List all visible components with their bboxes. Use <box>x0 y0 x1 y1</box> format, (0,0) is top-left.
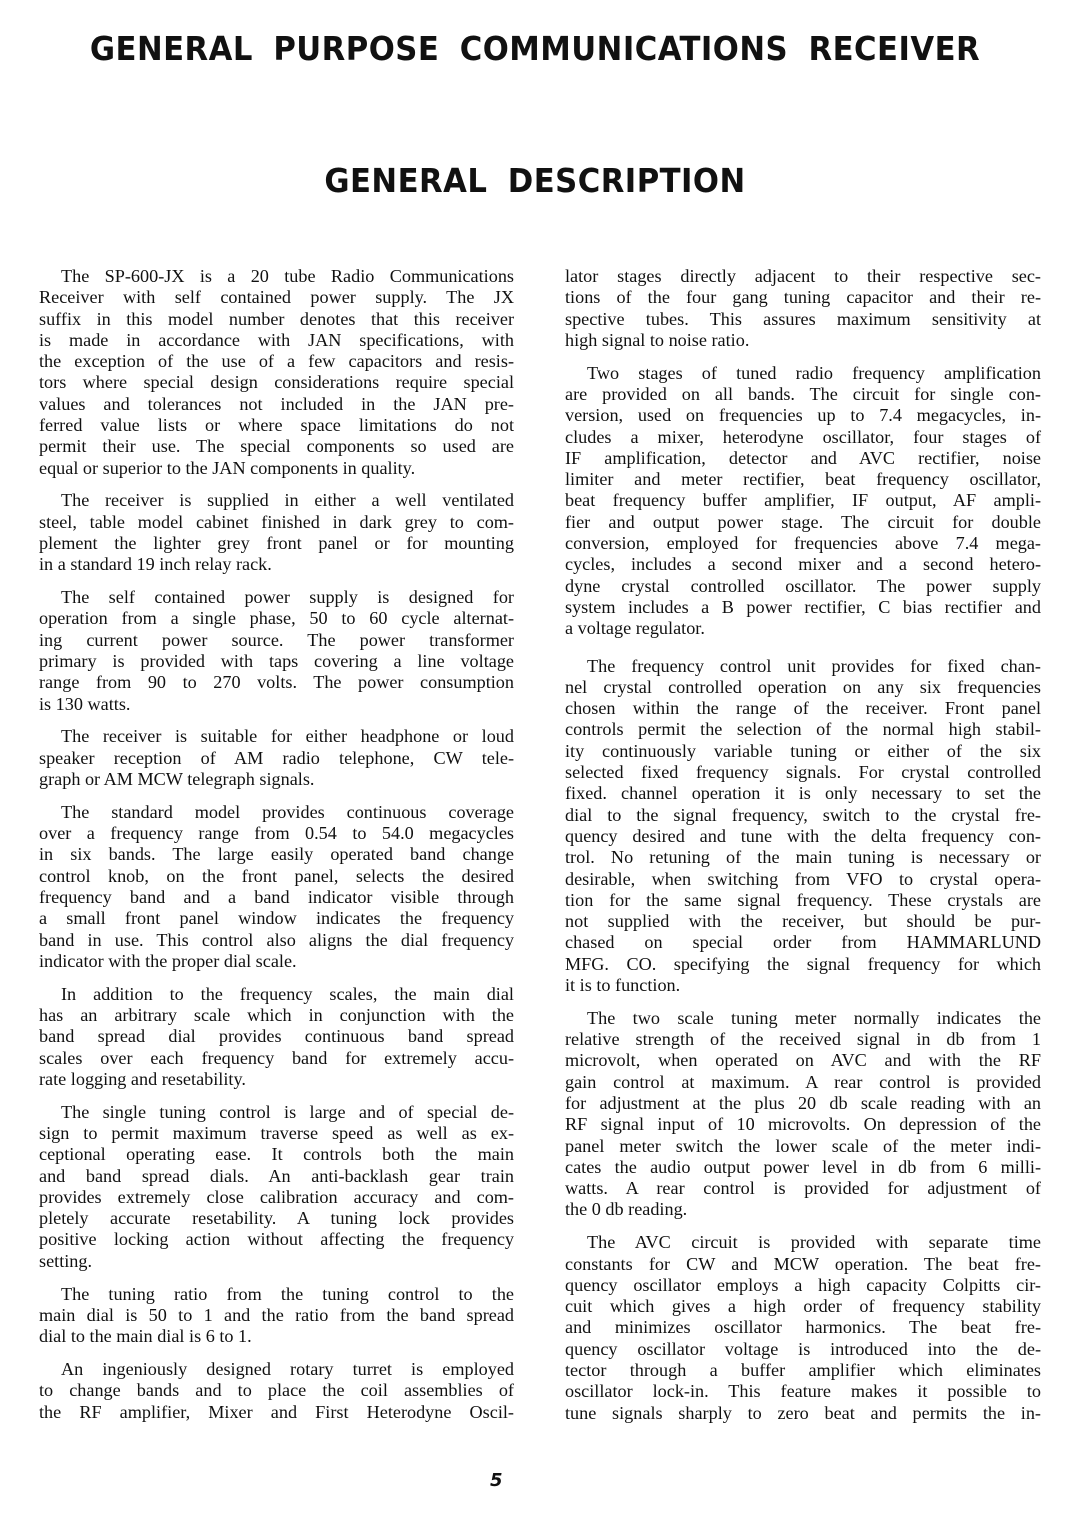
text-line: dial to the main dial is 6 to 1. <box>39 1326 514 1347</box>
right-text-column: lator stages directly adjacent to their … <box>565 266 1041 1435</box>
paragraph: The tuning ratio from the tuning control… <box>39 1284 514 1348</box>
paragraph: In addition to the frequency scales, the… <box>39 984 514 1090</box>
paragraph: The standard model provides continuous c… <box>39 802 514 972</box>
text-line: the 0 db reading. <box>565 1199 1041 1220</box>
text-line: Two stages of tuned radio frequency ampl… <box>565 363 1041 384</box>
text-line: are provided on all bands. The circuit f… <box>565 384 1041 405</box>
text-line: Receiver with self contained power suppl… <box>39 287 514 308</box>
text-line: cuit which gives a high order of frequen… <box>565 1296 1041 1317</box>
text-line: and minimizes oscillator harmonics. The … <box>565 1317 1041 1338</box>
text-line: steel, table model cabinet finished in d… <box>39 512 514 533</box>
text-line: dial to the signal frequency, switch to … <box>565 805 1041 826</box>
text-line: primary is provided with taps covering a… <box>39 651 514 672</box>
text-line: quency oscillator employs a high capacit… <box>565 1275 1041 1296</box>
text-line: plement the lighter grey front panel or … <box>39 533 514 554</box>
text-line: The receiver is supplied in either a wel… <box>39 490 514 511</box>
text-line: selected fixed frequency signals. For cr… <box>565 762 1041 783</box>
text-line: nel crystal controlled operation on any … <box>565 677 1041 698</box>
text-line: The AVC circuit is provided with separat… <box>565 1232 1041 1253</box>
text-line: has an arbitrary scale which in conjunct… <box>39 1005 514 1026</box>
text-line: trol. No retuning of the main tuning is … <box>565 847 1041 868</box>
document-title: GENERAL PURPOSE COMMUNICATIONS RECEIVER <box>37 26 1032 72</box>
text-line: tector through a buffer amplifier which … <box>565 1360 1041 1381</box>
text-line: oscillator lock-in. This feature makes i… <box>565 1381 1041 1402</box>
text-line: tion for the same signal frequency. Thes… <box>565 890 1041 911</box>
text-line: conversion, employed for frequencies abo… <box>565 533 1041 554</box>
text-line: permit their use. The special components… <box>39 436 514 457</box>
text-line: it is to function. <box>565 975 1041 996</box>
text-line: over a frequency range from 0.54 to 54.0… <box>39 823 514 844</box>
paragraph: The receiver is suitable for either head… <box>39 726 514 790</box>
text-line: The SP-600-JX is a 20 tube Radio Communi… <box>39 266 514 287</box>
text-line: cycles, includes a second mixer and a se… <box>565 554 1041 575</box>
text-line: a small front panel window indicates the… <box>39 908 514 929</box>
text-line: graph or AM MCW telegraph signals. <box>39 769 514 790</box>
text-line: panel meter switch the lower scale of th… <box>565 1136 1041 1157</box>
text-line: microvolt, when operated on AVC and with… <box>565 1050 1041 1071</box>
text-line: constants for CW and MCW operation. The … <box>565 1254 1041 1275</box>
text-line: ferred value lists or where space limita… <box>39 415 514 436</box>
text-line: ing current power source. The power tran… <box>39 630 514 651</box>
text-line: controls permit the selection of the nor… <box>565 719 1041 740</box>
text-line: quency desired and tune with the delta f… <box>565 826 1041 847</box>
text-line: is made in accordance with JAN specifica… <box>39 330 514 351</box>
text-line: RF signal input of 10 microvolts. On dep… <box>565 1114 1041 1135</box>
text-line: equal or superior to the JAN components … <box>39 458 514 479</box>
text-line: the RF amplifier, Mixer and First Hetero… <box>39 1402 514 1423</box>
text-line: frequency band and a band indicator visi… <box>39 887 514 908</box>
text-line: The two scale tuning meter normally indi… <box>565 1008 1041 1029</box>
left-text-column: The SP-600-JX is a 20 tube Radio Communi… <box>39 266 514 1434</box>
text-line: in a standard 19 inch relay rack. <box>39 554 514 575</box>
text-line: cates the audio output power level in db… <box>565 1157 1041 1178</box>
paragraph: The receiver is supplied in either a wel… <box>39 490 514 575</box>
text-line: high signal to noise ratio. <box>565 330 1041 351</box>
text-line: ceptional operating ease. It controls bo… <box>39 1144 514 1165</box>
text-line: watts. A rear control is provided for ad… <box>565 1178 1041 1199</box>
text-line: is 130 watts. <box>39 694 514 715</box>
text-line: The self contained power supply is desig… <box>39 587 514 608</box>
text-line: fier and output power stage. The circuit… <box>565 512 1041 533</box>
page-number: 5 <box>490 1470 503 1491</box>
text-line: An ingeniously designed rotary turret is… <box>39 1359 514 1380</box>
text-line: main dial is 50 to 1 and the ratio from … <box>39 1305 514 1326</box>
text-line: band spread dial provides continuous ban… <box>39 1026 514 1047</box>
text-line: dyne crystal controlled oscillator. The … <box>565 576 1041 597</box>
text-line: rate logging and resetability. <box>39 1069 514 1090</box>
text-line: setting. <box>39 1251 514 1272</box>
text-line: band in use. This control also aligns th… <box>39 930 514 951</box>
paragraph: The SP-600-JX is a 20 tube Radio Communi… <box>39 266 514 479</box>
text-line: relative strength of the received signal… <box>565 1029 1041 1050</box>
text-line: chased on special order from HAMMARLUND <box>565 932 1041 953</box>
text-line: The single tuning control is large and o… <box>39 1102 514 1123</box>
text-line: version, used on frequencies up to 7.4 m… <box>565 405 1041 426</box>
text-line: IF amplification, detector and AVC recti… <box>565 448 1041 469</box>
text-line: in six bands. The large easily operated … <box>39 844 514 865</box>
text-line: range from 90 to 270 volts. The power co… <box>39 672 514 693</box>
text-line: a voltage regulator. <box>565 618 1041 639</box>
text-line: values and tolerances not included in th… <box>39 394 514 415</box>
text-line: spective tubes. This assures maximum sen… <box>565 309 1041 330</box>
paragraph: The two scale tuning meter normally indi… <box>565 1008 1041 1221</box>
text-line: beat frequency buffer amplifier, IF outp… <box>565 490 1041 511</box>
paragraph: An ingeniously designed rotary turret is… <box>39 1359 514 1423</box>
text-line: speaker reception of AM radio telephone,… <box>39 748 514 769</box>
text-line: operation from a single phase, 50 to 60 … <box>39 608 514 629</box>
text-line: The tuning ratio from the tuning control… <box>39 1284 514 1305</box>
text-line: gain control at maximum. A rear control … <box>565 1072 1041 1093</box>
text-line: provides extremely close calibration acc… <box>39 1187 514 1208</box>
text-line: positive locking action without affectin… <box>39 1229 514 1250</box>
text-line: to change bands and to place the coil as… <box>39 1380 514 1401</box>
text-line: In addition to the frequency scales, the… <box>39 984 514 1005</box>
text-line: chosen within the range of the receiver.… <box>565 698 1041 719</box>
paragraph: The self contained power supply is desig… <box>39 587 514 715</box>
text-line: and band spread dials. An anti-backlash … <box>39 1166 514 1187</box>
paragraph: The AVC circuit is provided with separat… <box>565 1232 1041 1424</box>
text-line: tors where special design considerations… <box>39 372 514 393</box>
text-line: control knob, on the front panel, select… <box>39 866 514 887</box>
text-line: lator stages directly adjacent to their … <box>565 266 1041 287</box>
text-line: system includes a B power rectifier, C b… <box>565 597 1041 618</box>
text-line: indicator with the proper dial scale. <box>39 951 514 972</box>
text-line: cludes a mixer, heterodyne oscillator, f… <box>565 427 1041 448</box>
text-line: desirable, when switching from VFO to cr… <box>565 869 1041 890</box>
text-line: tune signals sharply to zero beat and pe… <box>565 1403 1041 1424</box>
text-line: pletely accurate resetability. A tuning … <box>39 1208 514 1229</box>
text-line: the exception of the use of a few capaci… <box>39 351 514 372</box>
text-line: The standard model provides continuous c… <box>39 802 514 823</box>
text-line: The frequency control unit provides for … <box>565 656 1041 677</box>
text-line: The receiver is suitable for either head… <box>39 726 514 747</box>
paragraph: Two stages of tuned radio frequency ampl… <box>565 363 1041 640</box>
text-line: limiter and meter rectifier, beat freque… <box>565 469 1041 490</box>
paragraph: The frequency control unit provides for … <box>565 656 1041 997</box>
text-line: sign to permit maximum traverse speed as… <box>39 1123 514 1144</box>
text-line: fixed. channel operation it is only nece… <box>565 783 1041 804</box>
text-line: quency oscillator voltage is introduced … <box>565 1339 1041 1360</box>
paragraph: The single tuning control is large and o… <box>39 1102 514 1272</box>
paragraph: lator stages directly adjacent to their … <box>565 266 1041 351</box>
text-line: tions of the four gang tuning capacitor … <box>565 287 1041 308</box>
text-line: scales over each frequency band for extr… <box>39 1048 514 1069</box>
text-line: for adjustment at the plus 20 db scale r… <box>565 1093 1041 1114</box>
text-line: suffix in this model number denotes that… <box>39 309 514 330</box>
text-line: not supplied with the receiver, but shou… <box>565 911 1041 932</box>
text-line: MFG. CO. specifying the signal frequency… <box>565 954 1041 975</box>
section-heading: GENERAL DESCRIPTION <box>37 158 1032 204</box>
text-line: ity continuously variable tuning or eith… <box>565 741 1041 762</box>
